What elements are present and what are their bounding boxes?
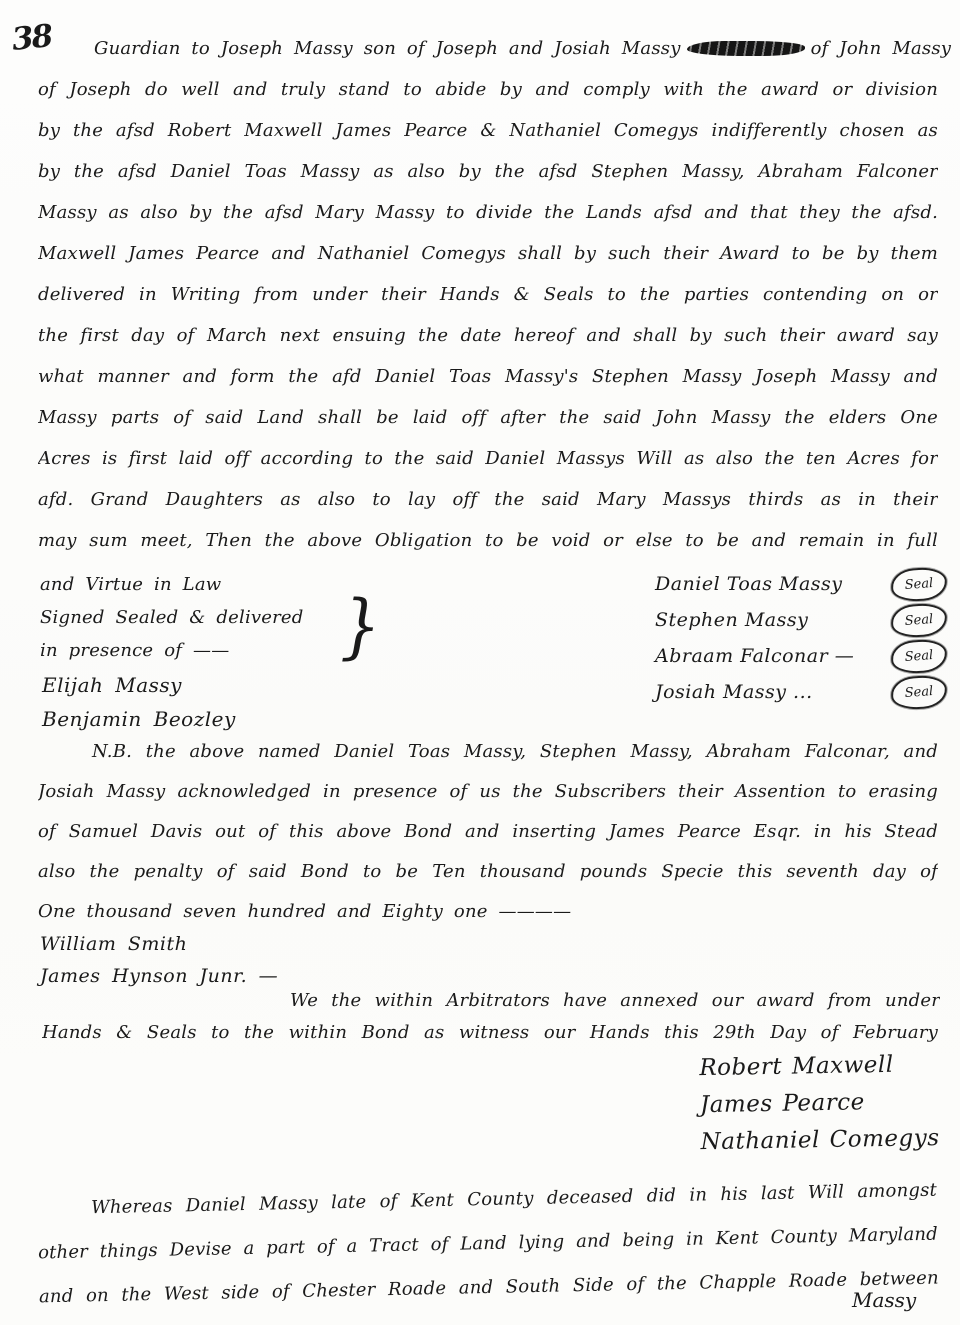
signature-row: Daniel Toas Massy Seal bbox=[655, 566, 947, 602]
wax-seal: Seal bbox=[890, 638, 948, 675]
curly-brace: } bbox=[340, 586, 381, 667]
bond-line-text: of John Massy son bbox=[811, 28, 960, 69]
witness-signature: William Smith bbox=[40, 928, 370, 960]
attestation-line: and Virtue in Law bbox=[40, 568, 370, 601]
bond-line: what manner and form the afd Daniel Toas… bbox=[38, 356, 938, 397]
bond-line: delivered in Writing from under their Ha… bbox=[38, 274, 938, 315]
wax-seal: Seal bbox=[890, 566, 948, 603]
bond-line: Massy parts of said Land shall be laid o… bbox=[38, 397, 938, 438]
bond-paragraph: Guardian to Joseph Massy son of Joseph a… bbox=[38, 28, 938, 561]
attestation-line: Signed Sealed & delivered bbox=[40, 601, 370, 634]
arbitrators-statement-line: Hands & Seals to the within Bond as witn… bbox=[42, 1012, 938, 1053]
arbitrator-signature: James Pearce bbox=[700, 1083, 951, 1124]
nota-bene-paragraph: N.B. the above named Daniel Toas Massy, … bbox=[38, 732, 938, 932]
signature-name: Josiah Massy ... bbox=[655, 681, 813, 703]
wax-seal: Seal bbox=[890, 674, 948, 711]
signature-name: Abraam Falconar — bbox=[655, 645, 854, 667]
bond-line: Maxwell James Pearce and Nathaniel Comeg… bbox=[38, 233, 938, 274]
arbitrator-signature: Nathaniel Comegys bbox=[700, 1120, 951, 1161]
nb-line: Josiah Massy acknowledged in presence of… bbox=[38, 772, 938, 812]
nb-line: N.B. the above named Daniel Toas Massy, … bbox=[38, 732, 938, 772]
attestation-line: in presence of —— bbox=[40, 634, 370, 667]
bond-line: by the afsd Daniel Toas Massy as also by… bbox=[38, 151, 938, 192]
whereas-paragraph: Whereas Daniel Massy late of Kent County… bbox=[37, 1169, 940, 1320]
arbitrator-signatures: Robert Maxwell James Pearce Nathaniel Co… bbox=[699, 1046, 951, 1161]
signature-name: Daniel Toas Massy bbox=[655, 573, 843, 595]
ink-scribble-strikeout bbox=[687, 41, 805, 56]
bond-line: of Joseph do well and truly stand to abi… bbox=[38, 69, 938, 110]
wax-seal: Seal bbox=[890, 602, 948, 639]
bond-line: Acres is first laid off according to the… bbox=[38, 438, 938, 479]
party-signatures: Daniel Toas Massy Seal Stephen Massy Sea… bbox=[655, 566, 947, 710]
nb-line: One thousand seven hundred and Eighty on… bbox=[38, 892, 938, 932]
signature-row: Abraam Falconar — Seal bbox=[655, 638, 947, 674]
signature-row: Stephen Massy Seal bbox=[655, 602, 947, 638]
bond-line-text: Guardian to Joseph Massy son of Joseph a… bbox=[94, 28, 681, 69]
attestation-clause: and Virtue in Law Signed Sealed & delive… bbox=[40, 568, 370, 667]
nb-line: also the penalty of said Bond to be Ten … bbox=[38, 852, 938, 892]
nb-line: of Samuel Davis out of this above Bond a… bbox=[38, 812, 938, 852]
bond-line: Guardian to Joseph Massy son of Joseph a… bbox=[38, 28, 938, 69]
signature-name: Stephen Massy bbox=[655, 609, 808, 631]
manuscript-page: 38 Guardian to Joseph Massy son of Josep… bbox=[0, 0, 960, 1325]
witness-signature: Benjamin Beozley bbox=[42, 702, 342, 736]
bond-line: the first day of March next ensuing the … bbox=[38, 315, 938, 356]
arbitrator-signature: Robert Maxwell bbox=[699, 1046, 950, 1087]
bond-line: Massy as also by the afsd Mary Massy to … bbox=[38, 192, 938, 233]
signature-row: Josiah Massy ... Seal bbox=[655, 674, 947, 710]
bond-line: afd. Grand Daughters as also to lay off … bbox=[38, 479, 938, 520]
witness-signatures: Elijah Massy Benjamin Beozley bbox=[42, 668, 342, 736]
bond-line: may sum meet, Then the above Obligation … bbox=[38, 520, 938, 561]
bond-line: by the afsd Robert Maxwell James Pearce … bbox=[38, 110, 938, 151]
catchword: Massy bbox=[852, 1288, 916, 1312]
witness-signature: Elijah Massy bbox=[42, 668, 342, 702]
